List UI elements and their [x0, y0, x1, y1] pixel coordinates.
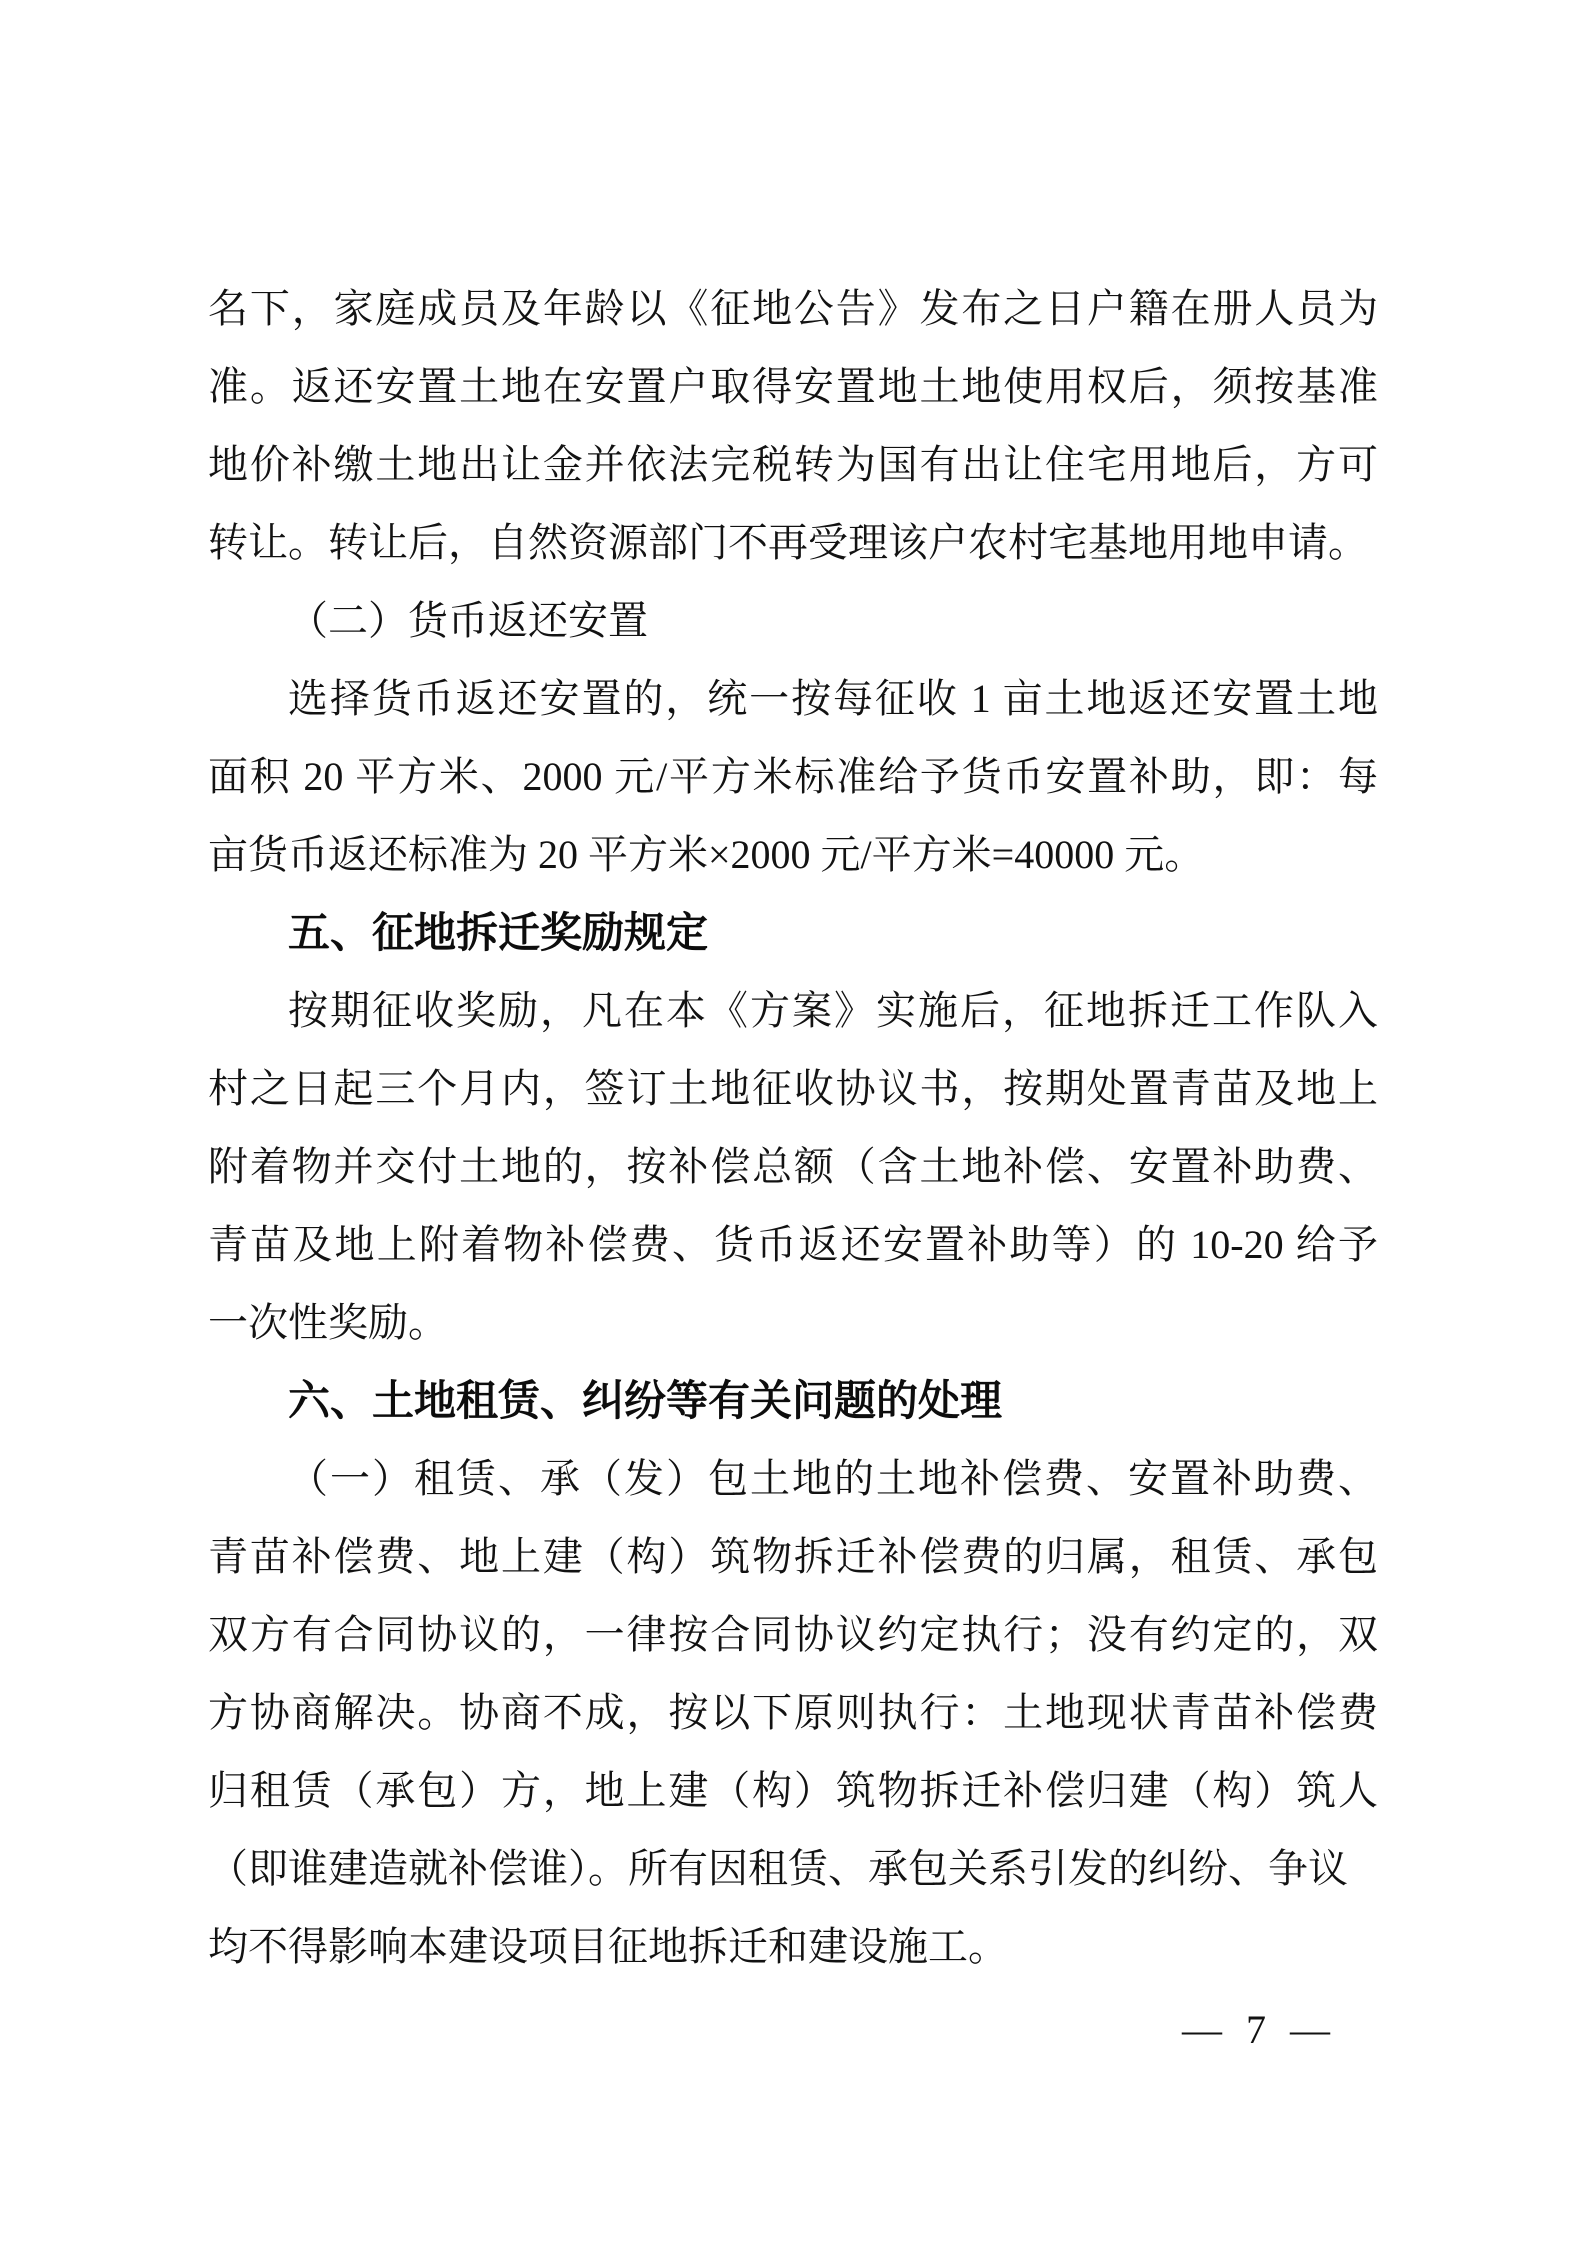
document-line: 青苗及地上附着物补偿费、货币返还安置补助等）的 10-20 给予: [208, 1206, 1378, 1284]
document-line: 方协商解决。协商不成，按以下原则执行：土地现状青苗补偿费: [208, 1674, 1378, 1752]
document-line: 亩货币返还标准为 20 平方米×2000 元/平方米=40000 元。: [208, 816, 1378, 894]
document-line: 附着物并交付土地的，按补偿总额（含土地补偿、安置补助费、: [208, 1128, 1378, 1206]
document-line: 名下，家庭成员及年龄以《征地公告》发布之日户籍在册人员为: [208, 270, 1378, 348]
document-line: 面积 20 平方米、2000 元/平方米标准给予货币安置补助，即：每: [208, 738, 1378, 816]
document-line: 地价补缴土地出让金并依法完税转为国有出让住宅用地后，方可: [208, 426, 1378, 504]
document-line: 转让。转让后，自然资源部门不再受理该户农村宅基地用地申请。: [208, 504, 1378, 582]
document-line: 选择货币返还安置的，统一按每征收 1 亩土地返还安置土地: [208, 660, 1378, 738]
document-line: 准。返还安置土地在安置户取得安置地土地使用权后，须按基准: [208, 348, 1378, 426]
document-page: 名下，家庭成员及年龄以《征地公告》发布之日户籍在册人员为 准。返还安置土地在安置…: [0, 0, 1587, 2245]
document-body: 名下，家庭成员及年龄以《征地公告》发布之日户籍在册人员为 准。返还安置土地在安置…: [0, 0, 1587, 2060]
document-line: 青苗补偿费、地上建（构）筑物拆迁补偿费的归属，租赁、承包: [208, 1518, 1378, 1596]
page-number: — 7 —: [208, 2000, 1378, 2060]
document-line: 一次性奖励。: [208, 1284, 1378, 1362]
section-heading-6: 六、土地租赁、纠纷等有关问题的处理: [208, 1362, 1378, 1440]
section-heading-5: 五、征地拆迁奖励规定: [208, 894, 1378, 972]
document-line: （即谁建造就补偿谁）。所有因租赁、承包关系引发的纠纷、争议: [208, 1830, 1378, 1908]
document-line: 均不得影响本建设项目征地拆迁和建设施工。: [208, 1908, 1378, 1986]
document-line: 村之日起三个月内，签订土地征收协议书，按期处置青苗及地上: [208, 1050, 1378, 1128]
subsection-heading-2: （二）货币返还安置: [208, 582, 1378, 660]
document-line: 双方有合同协议的，一律按合同协议约定执行；没有约定的，双: [208, 1596, 1378, 1674]
document-line: 按期征收奖励，凡在本《方案》实施后，征地拆迁工作队入: [208, 972, 1378, 1050]
document-line: 归租赁（承包）方，地上建（构）筑物拆迁补偿归建（构）筑人: [208, 1752, 1378, 1830]
document-line: （一）租赁、承（发）包土地的土地补偿费、安置补助费、: [208, 1440, 1378, 1518]
